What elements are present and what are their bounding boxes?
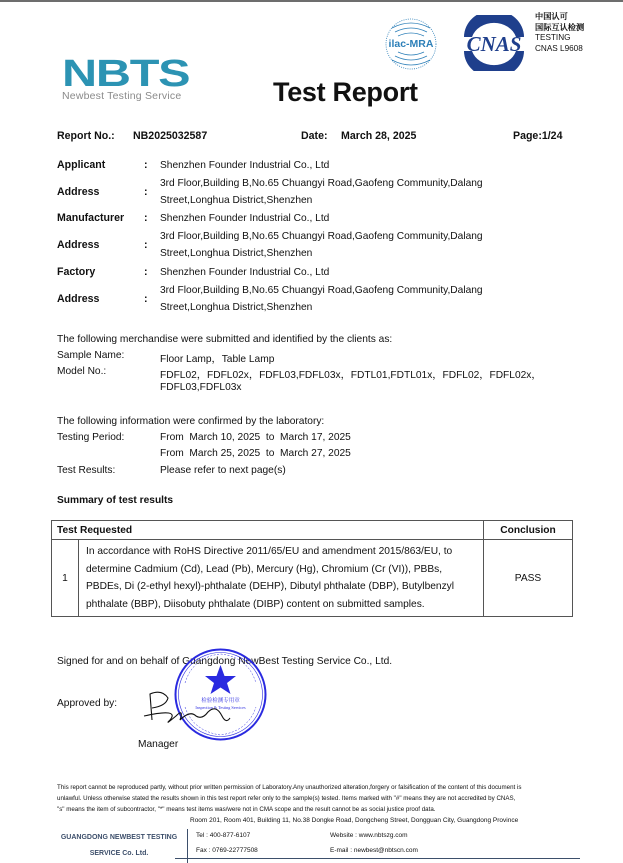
factory-address-line2: Street,Longhua District,Shenzhen	[160, 299, 312, 316]
report-no: NB2025032587	[133, 130, 207, 142]
sample-name-label: Sample Name:	[57, 350, 124, 361]
applicant-address-line2: Street,Longhua District,Shenzhen	[160, 192, 312, 209]
manufacturer-value: Shenzhen Founder Industrial Co., Ltd	[160, 210, 329, 227]
description-line: PBDEs, Di (2-ethyl hexyl)-phthalate (DEH…	[86, 578, 475, 596]
testing-period-label: Testing Period:	[57, 432, 124, 443]
col-conclusion: Conclusion	[484, 521, 573, 540]
applicant-value: Shenzhen Founder Industrial Co., Ltd	[160, 157, 329, 174]
manager-signature-icon	[140, 690, 250, 728]
svg-text:ilac-MRA: ilac-MRA	[389, 38, 434, 50]
row-conclusion: PASS	[484, 540, 573, 617]
cnas-logo-icon: CNAS	[456, 15, 532, 71]
page-number: Page:1/24	[513, 130, 562, 142]
page-top-border	[0, 0, 623, 2]
manufacturer-label: Manufacturer	[57, 212, 124, 224]
footer-rule	[175, 858, 580, 859]
disclaimer-line: "s" means the item of subcontractor, "*"…	[57, 804, 577, 815]
model-no-label: Model No.:	[57, 366, 106, 377]
manufacturer-address-label: Address	[57, 239, 99, 251]
logo-mark: NBTS	[62, 56, 210, 92]
table-header-row: Test Requested Conclusion	[52, 521, 573, 540]
cert-line: CNAS L9608	[535, 44, 584, 55]
model-no-line2: FDFL03,FDFL03x	[160, 382, 242, 393]
summary-table: Test Requested Conclusion 1 In accordanc…	[51, 520, 573, 617]
page-title: Test Report	[273, 77, 418, 108]
logo-subtitle: Newbest Testing Service	[62, 90, 181, 102]
cert-line: 国际互认检测	[535, 23, 584, 34]
company-line: GUANGDONG NEWBEST TESTING	[55, 830, 183, 846]
svg-text:CNAS: CNAS	[467, 32, 522, 56]
footer-address: Room 201, Room 401, Building 11, No.38 D…	[190, 817, 518, 824]
colon: :	[144, 293, 148, 305]
test-results-value: Please refer to next page(s)	[160, 465, 286, 476]
factory-address-line1: 3rd Floor,Building B,No.65 Chuangyi Road…	[160, 282, 483, 299]
footer-company: GUANGDONG NEWBEST TESTING SERVICE Co. Lt…	[55, 830, 183, 862]
description-line: phthalate (BBP), Diisobuty phthalate (DI…	[86, 596, 475, 614]
manufacturer-address-line1: 3rd Floor,Building B,No.65 Chuangyi Road…	[160, 228, 483, 245]
test-results-label: Test Results:	[57, 465, 115, 476]
lab-info-intro: The following information were confirmed…	[57, 416, 324, 427]
testing-period-2: From March 25, 2025 to March 27, 2025	[160, 448, 351, 459]
footer-email[interactable]: E-mail : newbest@nbtscn.com	[330, 847, 418, 854]
report-date: March 28, 2025	[341, 130, 416, 142]
nbts-logo: NBTS Newbest Testing Service	[62, 56, 178, 102]
cert-line: TESTING	[535, 33, 584, 44]
manufacturer-address-line2: Street,Longhua District,Shenzhen	[160, 245, 312, 262]
row-description: In accordance with RoHS Directive 2011/6…	[79, 540, 484, 617]
description-line: In accordance with RoHS Directive 2011/6…	[86, 543, 475, 561]
description-line: determine Cadmium (Cd), Lead (Pb), Mercu…	[86, 561, 475, 579]
disclaimer-line: unlawful. Unless otherwise stated the re…	[57, 793, 577, 804]
disclaimer-line: This report cannot be reproduced partly,…	[57, 782, 577, 793]
cert-line: 中国认可	[535, 12, 584, 23]
col-test-requested: Test Requested	[52, 521, 484, 540]
summary-heading: Summary of test results	[57, 495, 173, 506]
sample-name-value: Floor Lamp，Table Lamp	[160, 350, 274, 365]
report-no-label: Report No.:	[57, 130, 115, 142]
factory-address-label: Address	[57, 293, 99, 305]
footer-tel: Tel : 400-877-6107	[196, 832, 250, 839]
colon: :	[144, 186, 148, 198]
colon: :	[144, 212, 148, 224]
table-row: 1 In accordance with RoHS Directive 2011…	[52, 540, 573, 617]
applicant-label: Applicant	[57, 159, 105, 171]
applicant-address-label: Address	[57, 186, 99, 198]
colon: :	[144, 239, 148, 251]
colon: :	[144, 266, 148, 278]
manager-role: Manager	[138, 739, 178, 750]
factory-label: Factory	[57, 266, 95, 278]
date-label: Date:	[301, 130, 328, 142]
colon: :	[144, 159, 148, 171]
factory-value: Shenzhen Founder Industrial Co., Ltd	[160, 264, 329, 281]
approved-by-label: Approved by:	[57, 698, 117, 709]
footer-disclaimer: This report cannot be reproduced partly,…	[57, 782, 577, 815]
row-number: 1	[52, 540, 79, 617]
footer-fax: Fax : 0769-22777508	[196, 847, 258, 854]
merchandise-intro: The following merchandise were submitted…	[57, 334, 392, 345]
footer-website[interactable]: Website : www.nbtszg.com	[330, 832, 408, 839]
applicant-address-line1: 3rd Floor,Building B,No.65 Chuangyi Road…	[160, 175, 483, 192]
testing-period-1: From March 10, 2025 to March 17, 2025	[160, 432, 351, 443]
company-line: SERVICE Co. Ltd.	[55, 846, 183, 862]
cnas-cert-text: 中国认可 国际互认检测 TESTING CNAS L9608	[535, 12, 584, 54]
model-no-line1: FDFL02，FDFL02x，FDFL03,FDFL03x，FDTL01,FDT…	[160, 366, 542, 381]
ilac-mra-logo-icon: ilac-MRA	[384, 14, 438, 74]
